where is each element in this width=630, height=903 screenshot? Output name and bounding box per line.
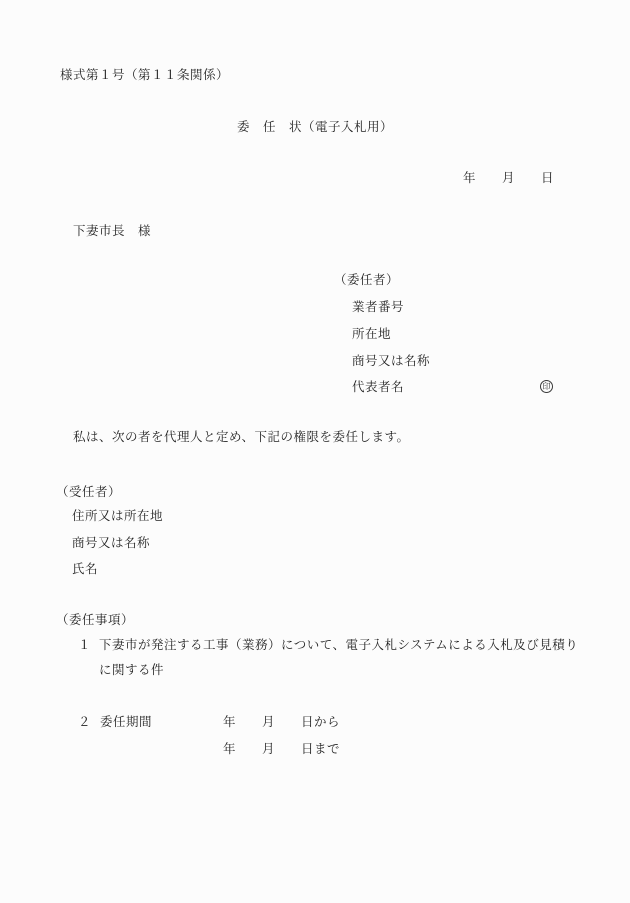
form-number: 様式第１号（第１１条関係） bbox=[60, 68, 229, 82]
delegate-field-address: 住所又は所在地 bbox=[72, 509, 163, 523]
delegator-field-company-name: 商号又は名称 bbox=[352, 354, 430, 368]
matter-item2-period-from: 年 月 日から bbox=[223, 715, 340, 729]
delegator-field-vendor-number: 業者番号 bbox=[352, 300, 404, 314]
seal-mark: 印 bbox=[540, 380, 553, 393]
delegated-matters-heading: （委任事項） bbox=[56, 613, 134, 627]
date-line: 年 月 日 bbox=[463, 171, 554, 185]
delegator-field-representative: 代表者名 bbox=[352, 380, 404, 394]
delegator-heading: （委任者） bbox=[334, 273, 399, 287]
matter-item2-number: ２ bbox=[78, 715, 91, 729]
delegate-field-name: 氏名 bbox=[72, 562, 98, 576]
matter-item1-text-line2: に関する件 bbox=[99, 663, 164, 677]
matter-item1-number: １ bbox=[78, 638, 91, 652]
document-title: 委 任 状（電子入札用） bbox=[0, 120, 630, 134]
delegator-field-address: 所在地 bbox=[352, 327, 391, 341]
matter-item2-period-to: 年 月 日まで bbox=[223, 742, 340, 756]
delegate-field-company-name: 商号又は名称 bbox=[72, 536, 150, 550]
matter-item2-label: 委任期間 bbox=[100, 715, 152, 729]
declaration-sentence: 私は、次の者を代理人と定め、下記の権限を委任します。 bbox=[73, 430, 410, 444]
addressee: 下妻市長 様 bbox=[73, 224, 151, 238]
power-of-attorney-document: 様式第１号（第１１条関係） 委 任 状（電子入札用） 年 月 日 下妻市長 様 … bbox=[0, 0, 630, 903]
matter-item1-text-line1: 下妻市が発注する工事（業務）について、電子入札システムによる入札及び見積り bbox=[99, 638, 578, 652]
delegate-heading: （受任者） bbox=[56, 485, 121, 499]
